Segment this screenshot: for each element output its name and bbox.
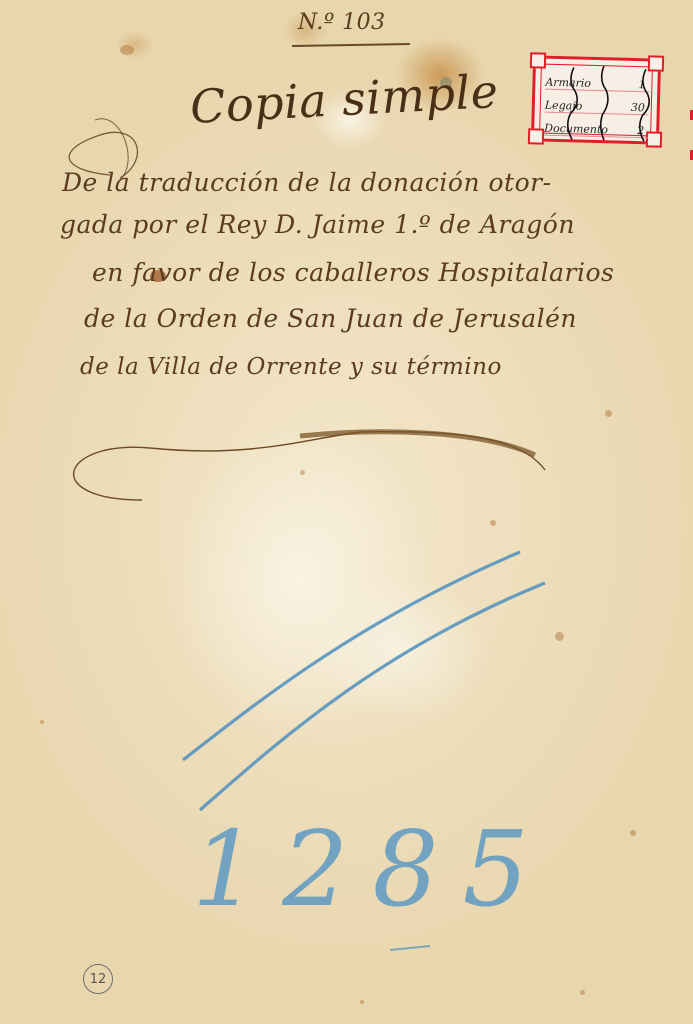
label-field: Documento	[544, 122, 608, 137]
label-row-legajo: Legajo 30	[545, 90, 650, 116]
document-title: Copia simple	[189, 64, 500, 134]
label-row-armario: Armario 1	[545, 67, 650, 93]
foxing-spot	[490, 520, 496, 526]
body-line-2: gada por el Rey D. Jaime 1.º de Aragón	[60, 210, 575, 239]
folio-number-circled: 12	[83, 964, 113, 994]
pencil-year-annotation: 1285	[192, 808, 553, 930]
reference-underline	[292, 43, 410, 47]
foxing-spot	[605, 410, 612, 417]
label-value: 1	[638, 78, 649, 91]
label-corner-ornament	[646, 131, 662, 147]
document-page: N.º 103 Copia simple De la traducción de…	[0, 0, 693, 1024]
label-row-documento: Documento 2	[544, 113, 649, 139]
reference-number: N.º 103	[298, 10, 386, 35]
label-value: 30	[631, 101, 649, 114]
label-field: Armario	[545, 76, 591, 90]
foxing-spot	[630, 830, 636, 836]
label-corner-ornament	[648, 55, 664, 71]
label-value: 2	[637, 124, 648, 137]
label-corner-ornament	[530, 52, 546, 68]
body-line-4: de la Orden de San Juan de Jerusalén	[84, 304, 577, 333]
foxing-spot	[360, 1000, 364, 1004]
folio-number: 12	[90, 972, 107, 987]
archive-label: Armario 1 Legajo 30 Documento 2	[531, 55, 661, 144]
label-corner-ornament	[528, 128, 544, 144]
body-line-5: de la Villa de Orrente y su término	[80, 354, 502, 380]
label-field: Legajo	[545, 99, 583, 113]
foxing-spot	[120, 45, 134, 55]
body-line-3: en favor de los caballeros Hospitalarios	[92, 258, 614, 287]
foxing-spot	[300, 470, 305, 475]
foxing-spot	[580, 990, 585, 995]
foxing-spot	[40, 720, 44, 724]
foxing-spot	[555, 632, 564, 641]
body-line-1: De la traducción de la donación otor-	[62, 168, 552, 197]
